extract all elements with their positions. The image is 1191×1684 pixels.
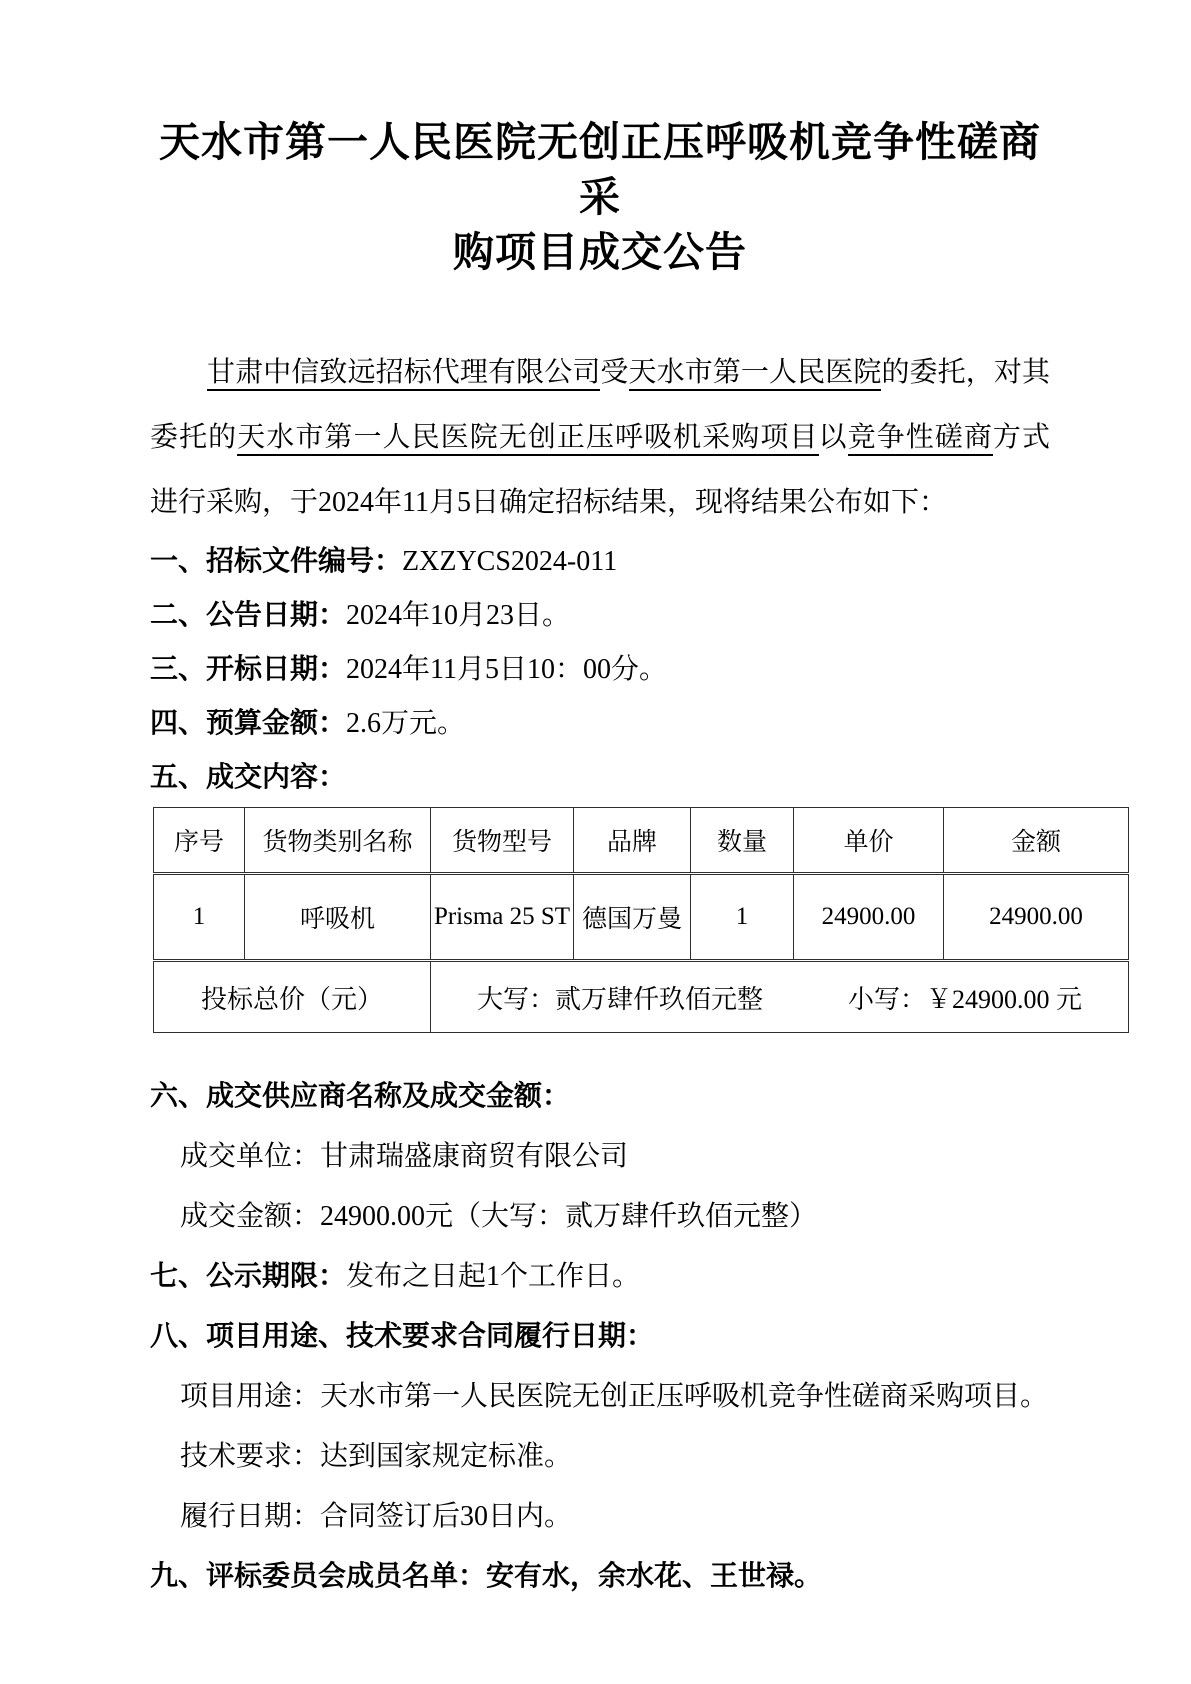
item-label: 二、公告日期：	[150, 600, 346, 631]
total-amount-content: 大写：贰万肆仟玖佰元整 小写：￥24900.00 元	[431, 979, 1128, 1016]
intro-text: 委托的	[150, 422, 237, 453]
award-content-table: 序号 货物类别名称 货物型号 品牌 数量 单价 金额 1 呼吸机 Prisma …	[153, 807, 1129, 1033]
list-item-tender-doc-number: 一、招标文件编号：ZXZYCS2024-011	[150, 535, 1128, 589]
col-header-category: 货物类别名称	[245, 808, 431, 874]
cell-brand: 德国万曼	[574, 874, 691, 961]
list-item-announcement-date: 二、公告日期：2024年10月23日。	[150, 589, 1128, 643]
total-amount-figures: 小写：￥24900.00 元	[848, 979, 1082, 1016]
col-header-amount: 金额	[944, 808, 1129, 874]
col-header-unit-price: 单价	[794, 808, 944, 874]
table-header-row: 序号 货物类别名称 货物型号 品牌 数量 单价 金额	[154, 808, 1129, 874]
item-value: 2.6万元。	[346, 708, 465, 739]
numbered-list: 一、招标文件编号：ZXZYCS2024-011 二、公告日期：2024年10月2…	[150, 535, 1128, 805]
intro-text: 受	[600, 357, 628, 388]
publicity-period-line: 七、公示期限：发布之日起1个工作日。	[150, 1247, 1128, 1307]
intro-text: 的委托，对其	[881, 357, 1050, 388]
section-committee-members: 九、评标委员会成员名单：安有水，余水花、王世禄。	[150, 1547, 1128, 1607]
total-amount-cell: 大写：贰万肆仟玖佰元整 小写：￥24900.00 元	[431, 961, 1129, 1033]
item-label: 五、成交内容：	[150, 762, 346, 793]
total-amount-words: 大写：贰万肆仟玖佰元整	[477, 979, 763, 1016]
tech-requirement-line: 技术要求：达到国家规定标准。	[150, 1427, 1128, 1487]
cell-model: Prisma 25 ST	[431, 874, 574, 961]
intro-line-1: 甘肃中信致远招标代理有限公司受天水市第一人民医院的委托，对其	[150, 340, 1050, 405]
intro-line-2: 委托的天水市第一人民医院无创正压呼吸机采购项目以竞争性磋商方式	[150, 405, 1050, 470]
cell-quantity: 1	[691, 874, 794, 961]
list-item-award-content: 五、成交内容：	[150, 751, 1128, 805]
publicity-period-value: 发布之日起1个工作日。	[346, 1261, 640, 1292]
col-header-quantity: 数量	[691, 808, 794, 874]
publicity-period-label: 七、公示期限：	[150, 1261, 346, 1292]
performance-date-line: 履行日期：合同签订后30日内。	[150, 1487, 1128, 1547]
underlined-procurement-method: 竞争性磋商	[848, 422, 993, 456]
committee-members-line: 九、评标委员会成员名单：安有水，余水花、王世禄。	[150, 1547, 1128, 1607]
col-header-model: 货物型号	[431, 808, 574, 874]
underlined-agency-name: 甘肃中信致远招标代理有限公司	[207, 357, 600, 391]
list-item-bid-opening-date: 三、开标日期：2024年11月5日10：00分。	[150, 643, 1128, 697]
cell-amount: 24900.00	[944, 874, 1129, 961]
cell-seq: 1	[154, 874, 245, 961]
section-project-usage-heading: 八、项目用途、技术要求合同履行日期：	[150, 1307, 1128, 1367]
col-header-brand: 品牌	[574, 808, 691, 874]
announcement-document: 天水市第一人民医院无创正压呼吸机竞争性磋商采 购项目成交公告 甘肃中信致远招标代…	[0, 0, 1191, 1684]
cell-unit-price: 24900.00	[794, 874, 944, 961]
title-line-1: 天水市第一人民医院无创正压呼吸机竞争性磋商采	[150, 115, 1050, 225]
item-label: 一、招标文件编号：	[150, 546, 402, 577]
item-value: ZXZYCS2024-011	[402, 546, 617, 577]
list-item-budget-amount: 四、预算金额：2.6万元。	[150, 697, 1128, 751]
intro-text: 以	[819, 422, 848, 453]
project-usage-line: 项目用途：天水市第一人民医院无创正压呼吸机竞争性磋商采购项目。	[150, 1367, 1128, 1427]
title-line-2: 购项目成交公告	[150, 225, 1050, 280]
intro-text: 方式	[993, 422, 1050, 453]
section-supplier: 六、成交供应商名称及成交金额： 成交单位：甘肃瑞盛康商贸有限公司 成交金额：24…	[150, 1067, 1128, 1247]
award-amount-line: 成交金额：24900.00元（大写：贰万肆仟玖佰元整）	[150, 1187, 1128, 1247]
section-publicity-period: 七、公示期限：发布之日起1个工作日。	[150, 1247, 1128, 1307]
section-supplier-heading: 六、成交供应商名称及成交金额：	[150, 1067, 1128, 1127]
col-header-seq: 序号	[154, 808, 245, 874]
item-value: 2024年10月23日。	[346, 600, 570, 631]
underlined-hospital-name: 天水市第一人民医院	[629, 357, 882, 391]
cell-category: 呼吸机	[245, 874, 431, 961]
table-data-row: 1 呼吸机 Prisma 25 ST 德国万曼 1 24900.00 24900…	[154, 874, 1129, 961]
table-total-row: 投标总价（元） 大写：贰万肆仟玖佰元整 小写：￥24900.00 元	[154, 961, 1129, 1033]
item-value: 2024年11月5日10：00分。	[346, 654, 667, 685]
section-project-usage: 八、项目用途、技术要求合同履行日期： 项目用途：天水市第一人民医院无创正压呼吸机…	[150, 1307, 1128, 1547]
intro-paragraph: 甘肃中信致远招标代理有限公司受天水市第一人民医院的委托，对其 委托的天水市第一人…	[150, 340, 1050, 535]
total-label-cell: 投标总价（元）	[154, 961, 431, 1033]
item-label: 四、预算金额：	[150, 708, 346, 739]
document-title: 天水市第一人民医院无创正压呼吸机竞争性磋商采 购项目成交公告	[150, 115, 1050, 280]
intro-line-3: 进行采购，于2024年11月5日确定招标结果，现将结果公布如下：	[150, 470, 1050, 535]
supplier-name-line: 成交单位：甘肃瑞盛康商贸有限公司	[150, 1127, 1128, 1187]
underlined-project-name: 天水市第一人民医院无创正压呼吸机采购项目	[237, 422, 818, 456]
item-label: 三、开标日期：	[150, 654, 346, 685]
